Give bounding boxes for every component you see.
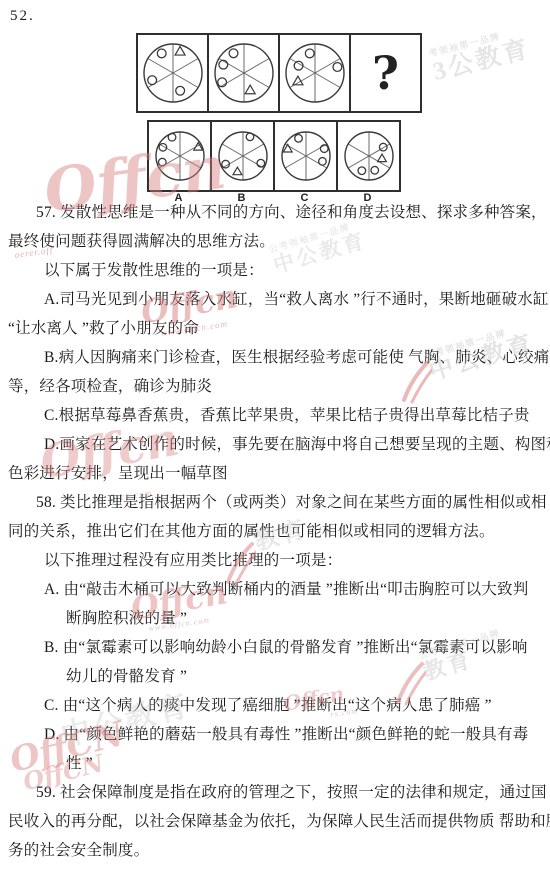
puzzle-cell-figure	[278, 35, 349, 111]
puzzle-sequence-row: ?	[136, 33, 422, 113]
text-line: D. 由“颜色鲜艳的蘑菇一般具有毒性 ”推断出“颜色鲜艳的蛇一般具有毒	[8, 720, 546, 749]
segmented-circle-figure	[283, 41, 347, 105]
option-cell-C	[273, 122, 336, 190]
question-mark: ?	[372, 50, 399, 96]
text-line: 以下属于发散性思维的一项是：	[8, 256, 546, 285]
text-line: 等，经各项检查，确诊为肺炎	[8, 372, 546, 401]
text-line: 断胸腔积液的量 ”	[8, 604, 546, 633]
puzzle-cell-figure	[207, 35, 278, 111]
text-line: 57. 发散性思维是一种从不同的方向、途径和角度去设想、探求多种答案，	[8, 198, 546, 227]
text-line: A.司马光见到小朋友落入水缸，当“救人离水 ”行不通时，果断地砸破水缸，	[8, 285, 546, 314]
option-cell-D	[336, 122, 399, 190]
text-line: 同的关系，推出它们在其他方面的属性也可能相似或相同的逻辑方法。	[8, 517, 546, 546]
question-text-block: 57. 发散性思维是一种从不同的方向、途径和角度去设想、探求多种答案，最终使问题…	[8, 198, 546, 865]
text-line: 性 ”	[8, 749, 546, 778]
segmented-circle-figure	[212, 41, 276, 105]
text-line: B. 由“氯霉素可以影响幼龄小白鼠的骨骼发育 ”推断出“氯霉素可以影响	[8, 633, 546, 662]
text-line: 幼儿的骨骼发育 ”	[8, 662, 546, 691]
text-line: 色彩进行安排，呈现出一幅草图	[8, 459, 546, 488]
option-cell-A	[149, 122, 210, 190]
watermark-offcn-name: 3公教育	[430, 35, 533, 85]
text-line: B.病人因胸痛来门诊检查，医生根据经验考虑可能使 气胸、肺炎、心绞痛	[8, 343, 546, 372]
text-line: 以下推理过程没有应用类比推理的一项是：	[8, 546, 546, 575]
text-line: C.根据草莓鼻香蕉贵，香蕉比苹果贵，苹果比桔子贵得出草莓比桔子贵	[8, 401, 546, 430]
segmented-circle-figure	[153, 129, 207, 183]
segmented-circle-figure	[279, 129, 333, 183]
text-line: “让水离人 ”救了小朋友的命	[8, 314, 546, 343]
text-line: 民收入的再分配，以社会保障基金为依托，为保障人民生活而提供物质 帮助和服	[8, 807, 546, 836]
watermark-slogan: 考领袖第一品牌	[428, 26, 527, 60]
segmented-circle-figure	[141, 41, 205, 105]
segmented-circle-figure	[216, 129, 270, 183]
puzzle-cell-figure	[138, 35, 207, 111]
watermark-brand-text: 考领袖第一品牌3公教育	[428, 26, 533, 86]
text-line: 59. 社会保障制度是指在政府的管理之下，按照一定的法律和规定，通过国	[8, 778, 546, 807]
question-number-52: 52.	[10, 8, 35, 25]
text-line: A. 由“敲击木桶可以大致判断桶内的酒量 ”推断出“叩击胸腔可以大致判	[8, 575, 546, 604]
option-cell-B	[210, 122, 273, 190]
puzzle-options-row	[147, 120, 401, 192]
text-line: C. 由“这个病人的痰中发现了癌细胞 ”推断出“这个病人患了肺癌 ”	[8, 691, 546, 720]
text-line: 最终使问题获得圆满解决的思维方法。	[8, 227, 546, 256]
puzzle-cell-question: ?	[349, 35, 420, 111]
text-line: 58. 类比推理是指根据两个（或两类）对象之间在某些方面的属性相似或相	[8, 488, 546, 517]
exam-page: 52. ? ABCD 57. 发散性思维是一种从不同的方向、途径和角度去设想、探…	[0, 0, 550, 869]
text-line: D.画家在艺术创作的时候，事先要在脑海中将自己想要呈现的主题、构图和	[8, 430, 546, 459]
text-line: 务的社会安全制度。	[8, 836, 546, 865]
segmented-circle-figure	[342, 129, 396, 183]
